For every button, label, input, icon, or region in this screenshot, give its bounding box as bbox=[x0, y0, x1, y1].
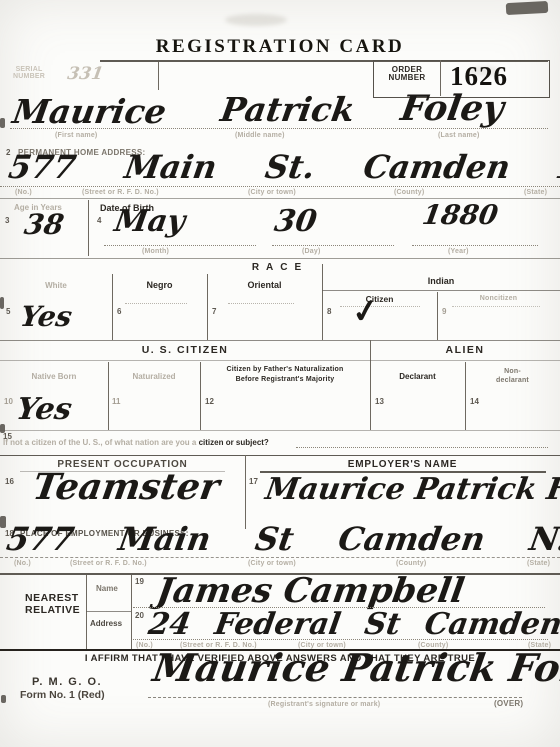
scan-artifact bbox=[0, 118, 5, 128]
cell-number: 10 bbox=[4, 397, 13, 406]
line-number: 16 bbox=[5, 477, 14, 486]
race-underline bbox=[125, 303, 187, 304]
year-underline bbox=[412, 245, 538, 246]
nation-question-bold: citizen or subject? bbox=[199, 438, 269, 447]
cell-number: 7 bbox=[212, 307, 216, 316]
section-rule bbox=[0, 258, 560, 259]
race-indian-citizen-label: Citizen bbox=[322, 294, 437, 304]
relative-grid-line bbox=[86, 611, 131, 612]
race-white-label: White bbox=[0, 281, 112, 290]
serial-number-value: 331 bbox=[66, 64, 105, 84]
middle-name-label: (Middle name) bbox=[235, 132, 285, 139]
first-name-label: (First name) bbox=[55, 132, 97, 139]
cell-number: 14 bbox=[470, 397, 479, 406]
over-label: (OVER) bbox=[494, 699, 523, 708]
address-sublabel-street: (Street or R. F. D. No.) bbox=[82, 189, 159, 196]
race-underline bbox=[452, 306, 540, 307]
signature-label: (Registrant's signature or mark) bbox=[268, 701, 380, 708]
address-sublabel-city: (City or town) bbox=[248, 189, 296, 196]
line-number: 19 bbox=[135, 577, 144, 586]
birth-year-value: 1880 bbox=[420, 200, 500, 231]
relative-name-label: Name bbox=[96, 584, 118, 593]
form-org-label: P. M. G. O. bbox=[32, 676, 102, 688]
relative-address-label: Address bbox=[90, 619, 122, 628]
us-citizen-heading: U. S. CITIZEN bbox=[0, 344, 370, 356]
race-indian-label: Indian bbox=[322, 276, 560, 286]
scan-artifact bbox=[506, 1, 549, 15]
age-value: 38 bbox=[22, 208, 66, 241]
relative-address-underline bbox=[133, 639, 548, 640]
employment-sublabel-city: (City or town) bbox=[248, 560, 296, 567]
birth-month-value: May bbox=[112, 204, 188, 239]
serial-box-line bbox=[158, 62, 159, 90]
registration-card: REGISTRATION CARD SERIAL NUMBER 331 ORDE… bbox=[0, 0, 560, 747]
naturalized-label: Naturalized bbox=[108, 372, 200, 381]
cell-number: 13 bbox=[375, 397, 384, 406]
signature-line bbox=[148, 697, 522, 698]
order-number-label: ORDER NUMBER bbox=[378, 66, 436, 83]
relative-grid-line bbox=[131, 575, 132, 649]
line-number: 17 bbox=[249, 477, 258, 486]
scan-artifact bbox=[225, 14, 287, 26]
age-divider bbox=[88, 200, 89, 256]
cell-number: 9 bbox=[442, 307, 446, 316]
month-label: (Month) bbox=[142, 248, 169, 255]
non-declarant-label-line2: declarant bbox=[465, 377, 560, 384]
race-grid-line bbox=[322, 290, 560, 291]
cell-number: 6 bbox=[117, 307, 121, 316]
employment-place-value: 577 Main St Camden N.J. bbox=[4, 520, 560, 558]
form-number-label: Form No. 1 (Red) bbox=[20, 689, 105, 701]
registrant-last-name: Foley bbox=[398, 88, 507, 129]
section-rule bbox=[0, 455, 560, 456]
declarant-label: Declarant bbox=[370, 372, 465, 381]
race-underline bbox=[228, 303, 294, 304]
citizen-grid-line bbox=[0, 360, 560, 361]
address-sublabel-county: (County) bbox=[394, 189, 424, 196]
serial-number-label: SERIAL NUMBER bbox=[8, 66, 50, 80]
employment-sublabel-no: (No.) bbox=[14, 560, 31, 567]
year-label: (Year) bbox=[448, 248, 469, 255]
occupation-value: Teamster bbox=[30, 466, 222, 508]
registrant-first-name: Maurice bbox=[10, 92, 169, 131]
registrant-middle-name: Patrick bbox=[218, 90, 358, 129]
home-address-value: 577 Main St. Camden N.J. bbox=[6, 148, 560, 186]
section-rule bbox=[0, 198, 560, 199]
nation-question-blank bbox=[296, 447, 548, 448]
scan-artifact bbox=[0, 297, 4, 309]
employment-sublabel-street: (Street or R. F. D. No.) bbox=[70, 560, 147, 567]
race-oriental-label: Oriental bbox=[207, 280, 322, 290]
relative-sublabel-no: (No.) bbox=[136, 642, 153, 649]
cell-number: 12 bbox=[205, 397, 214, 406]
employment-sublabel-state: (State) bbox=[527, 560, 550, 567]
address-underline bbox=[0, 186, 560, 187]
check-mark-icon: ✓ bbox=[349, 290, 381, 331]
relative-name-value: James Campbell bbox=[154, 571, 467, 611]
race-white-value: Yes bbox=[18, 300, 74, 333]
race-grid-line bbox=[0, 340, 560, 341]
race-heading: RACE bbox=[0, 262, 560, 273]
citizen-grid-line bbox=[200, 362, 201, 430]
father-naturalization-label-line2: Before Registrant's Majority bbox=[202, 376, 368, 383]
day-underline bbox=[272, 245, 394, 246]
last-name-label: (Last name) bbox=[438, 132, 480, 139]
birth-day-value: 30 bbox=[272, 204, 319, 239]
month-underline bbox=[104, 245, 256, 246]
race-negro-label: Negro bbox=[112, 280, 207, 290]
relative-address-value: 24 Federal St Camden N.J. bbox=[146, 607, 560, 642]
name-underline bbox=[10, 128, 548, 129]
scan-artifact bbox=[0, 516, 6, 528]
nearest-relative-heading-line2: RELATIVE bbox=[25, 604, 80, 616]
line-number: 4 bbox=[97, 216, 101, 225]
nation-question: If not a citizen of the U. S., of what n… bbox=[3, 438, 269, 447]
non-declarant-label-line1: Non- bbox=[465, 368, 560, 375]
citizen-grid-line bbox=[0, 430, 560, 431]
nation-question-start: If not a citizen of the U. S., of what n… bbox=[3, 438, 199, 447]
line-number: 3 bbox=[5, 216, 9, 225]
employer-value: Maurice Patrick Foley bbox=[263, 472, 560, 507]
cell-number: 5 bbox=[6, 307, 10, 316]
employment-sublabel-county: (County) bbox=[396, 560, 426, 567]
father-naturalization-label-line1: Citizen by Father's Naturalization bbox=[202, 366, 368, 373]
cell-number: 8 bbox=[327, 307, 331, 316]
line-number: 20 bbox=[135, 611, 144, 620]
employer-heading: EMPLOYER'S NAME bbox=[245, 459, 560, 470]
nearest-relative-heading-line1: NEAREST bbox=[25, 592, 79, 604]
alien-heading: ALIEN bbox=[370, 344, 560, 356]
native-born-label: Native Born bbox=[0, 372, 108, 381]
scan-artifact bbox=[1, 695, 6, 703]
day-label: (Day) bbox=[302, 248, 321, 255]
registrant-signature: Maurice Patrick Foley bbox=[150, 645, 560, 690]
address-sublabel-state: (State) bbox=[524, 189, 547, 196]
cell-number: 11 bbox=[112, 397, 120, 406]
relative-grid-line bbox=[86, 575, 87, 649]
page-title: REGISTRATION CARD bbox=[0, 36, 560, 58]
race-indian-noncitizen-label: Noncitizen bbox=[437, 295, 560, 302]
address-sublabel-no: (No.) bbox=[15, 189, 32, 196]
employment-underline bbox=[0, 557, 560, 558]
native-born-value: Yes bbox=[14, 392, 74, 427]
